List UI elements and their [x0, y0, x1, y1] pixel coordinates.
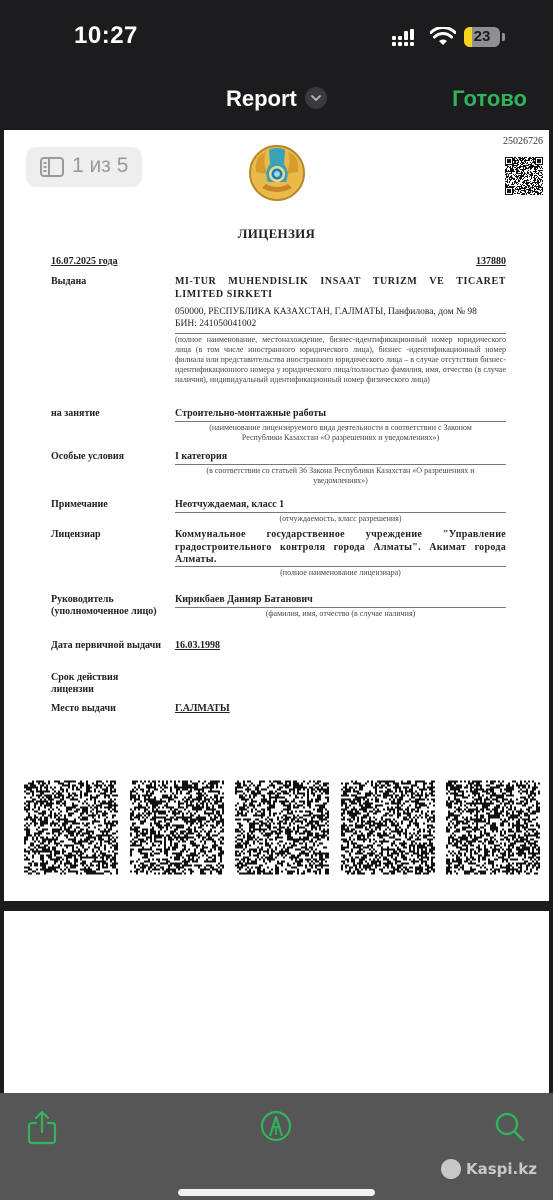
licensor-value: Коммунальное государственное учреждение … [175, 529, 506, 567]
verification-code [130, 780, 224, 875]
wifi-icon [430, 27, 456, 47]
divider [175, 566, 506, 567]
head-label-line1: Руководитель [51, 594, 157, 606]
share-button[interactable] [26, 1109, 58, 1145]
markup-pen-icon [259, 1109, 293, 1143]
verification-code [235, 780, 329, 875]
battery-icon: 23 [464, 27, 500, 47]
document-page-1[interactable]: 1 из 5 25026726 ЛИЦЕНЗИЯ 16.07.2025 года… [4, 130, 549, 901]
head-value: Кирикбаев Данияр Батанович [175, 594, 506, 607]
search-icon [494, 1111, 526, 1143]
activity-value: Строительно-монтажные работы [175, 408, 506, 421]
status-bar: 10:27 23 [0, 0, 553, 72]
document-number: 25026726 [503, 136, 543, 147]
special-conditions-label: Особые условия [51, 451, 124, 463]
note-hint: (отчуждаемость, класс разрешения) [175, 514, 506, 524]
issued-to-address: 050000, РЕСПУБЛИКА КАЗАХСТАН, Г.АЛМАТЫ, … [175, 306, 506, 319]
verification-code [24, 780, 118, 875]
home-indicator[interactable] [178, 1189, 375, 1196]
search-button[interactable] [494, 1111, 526, 1143]
special-conditions-value: I категория [175, 451, 506, 464]
activity-hint: (наименование лицензируемого вида деятел… [175, 423, 506, 443]
validity-label-line2: лицензии [51, 684, 118, 696]
issue-date: 16.07.2025 года [51, 256, 118, 267]
bottom-toolbar: Kaspi.kz [0, 1093, 553, 1200]
verification-code [446, 780, 540, 875]
document-title[interactable]: Report [226, 86, 297, 112]
kazakhstan-emblem-icon [248, 144, 306, 202]
license-number: 137880 [476, 256, 506, 267]
first-issue-date-value: 16.03.1998 [175, 640, 220, 653]
battery-tip [502, 33, 505, 41]
page-indicator[interactable]: 1 из 5 [26, 147, 142, 187]
chevron-down-icon [310, 93, 322, 103]
nav-bar: Report Готово [0, 72, 553, 130]
divider [175, 421, 506, 422]
note-label: Примечание [51, 499, 108, 511]
title-menu-button[interactable] [305, 87, 327, 109]
divider [175, 333, 506, 334]
divider [175, 607, 506, 608]
note-value: Неотчуждаемая, класс 1 [175, 499, 506, 512]
head-hint: (фамилия, имя, отчество (в случае наличи… [175, 609, 506, 619]
page-indicator-text: 1 из 5 [72, 154, 128, 178]
status-time: 10:27 [74, 22, 138, 50]
issued-to-name: MI-TUR MUHENDISLIK INSAAT TURIZM VE TICA… [175, 276, 506, 301]
kaspi-logo-icon [441, 1159, 461, 1179]
cellular-signal-icon [392, 29, 420, 47]
watermark-text: Kaspi.kz [466, 1160, 537, 1178]
head-label: Руководитель (уполномоченное лицо) [51, 594, 157, 618]
head-label-line2: (уполномоченное лицо) [51, 606, 157, 618]
place-of-issue-label: Место выдачи [51, 703, 116, 715]
validity-label-line1: Срок действия [51, 672, 118, 684]
licensor-label: Лицензиар [51, 529, 101, 541]
qr-code [505, 157, 543, 195]
battery-level: 23 [464, 28, 500, 45]
markup-button[interactable] [259, 1109, 293, 1143]
issued-to-bin: БИН: 241050041002 [175, 318, 506, 331]
divider [175, 464, 506, 465]
issued-to-hint: (полное наименование, местонахождение, б… [175, 335, 506, 385]
validity-label: Срок действия лицензии [51, 672, 118, 696]
first-issue-date-label: Дата первичной выдачи [51, 640, 161, 652]
done-button[interactable]: Готово [452, 86, 527, 112]
activity-label: на занятие [51, 408, 100, 420]
sidebar-icon [40, 157, 64, 177]
divider [175, 512, 506, 513]
verification-code [341, 780, 435, 875]
special-conditions-hint: (в соответствии со статьей 36 Закона Рес… [175, 466, 506, 486]
document-page-2[interactable] [4, 911, 549, 1093]
kaspi-watermark: Kaspi.kz [441, 1159, 537, 1179]
place-of-issue-value: Г.АЛМАТЫ [175, 703, 230, 716]
share-icon [26, 1109, 58, 1145]
license-title: ЛИЦЕНЗИЯ [4, 226, 549, 242]
licensor-hint: (полное наименование лицензиара) [175, 568, 506, 578]
issued-to-label: Выдана [51, 276, 86, 288]
verification-codes [24, 780, 540, 875]
